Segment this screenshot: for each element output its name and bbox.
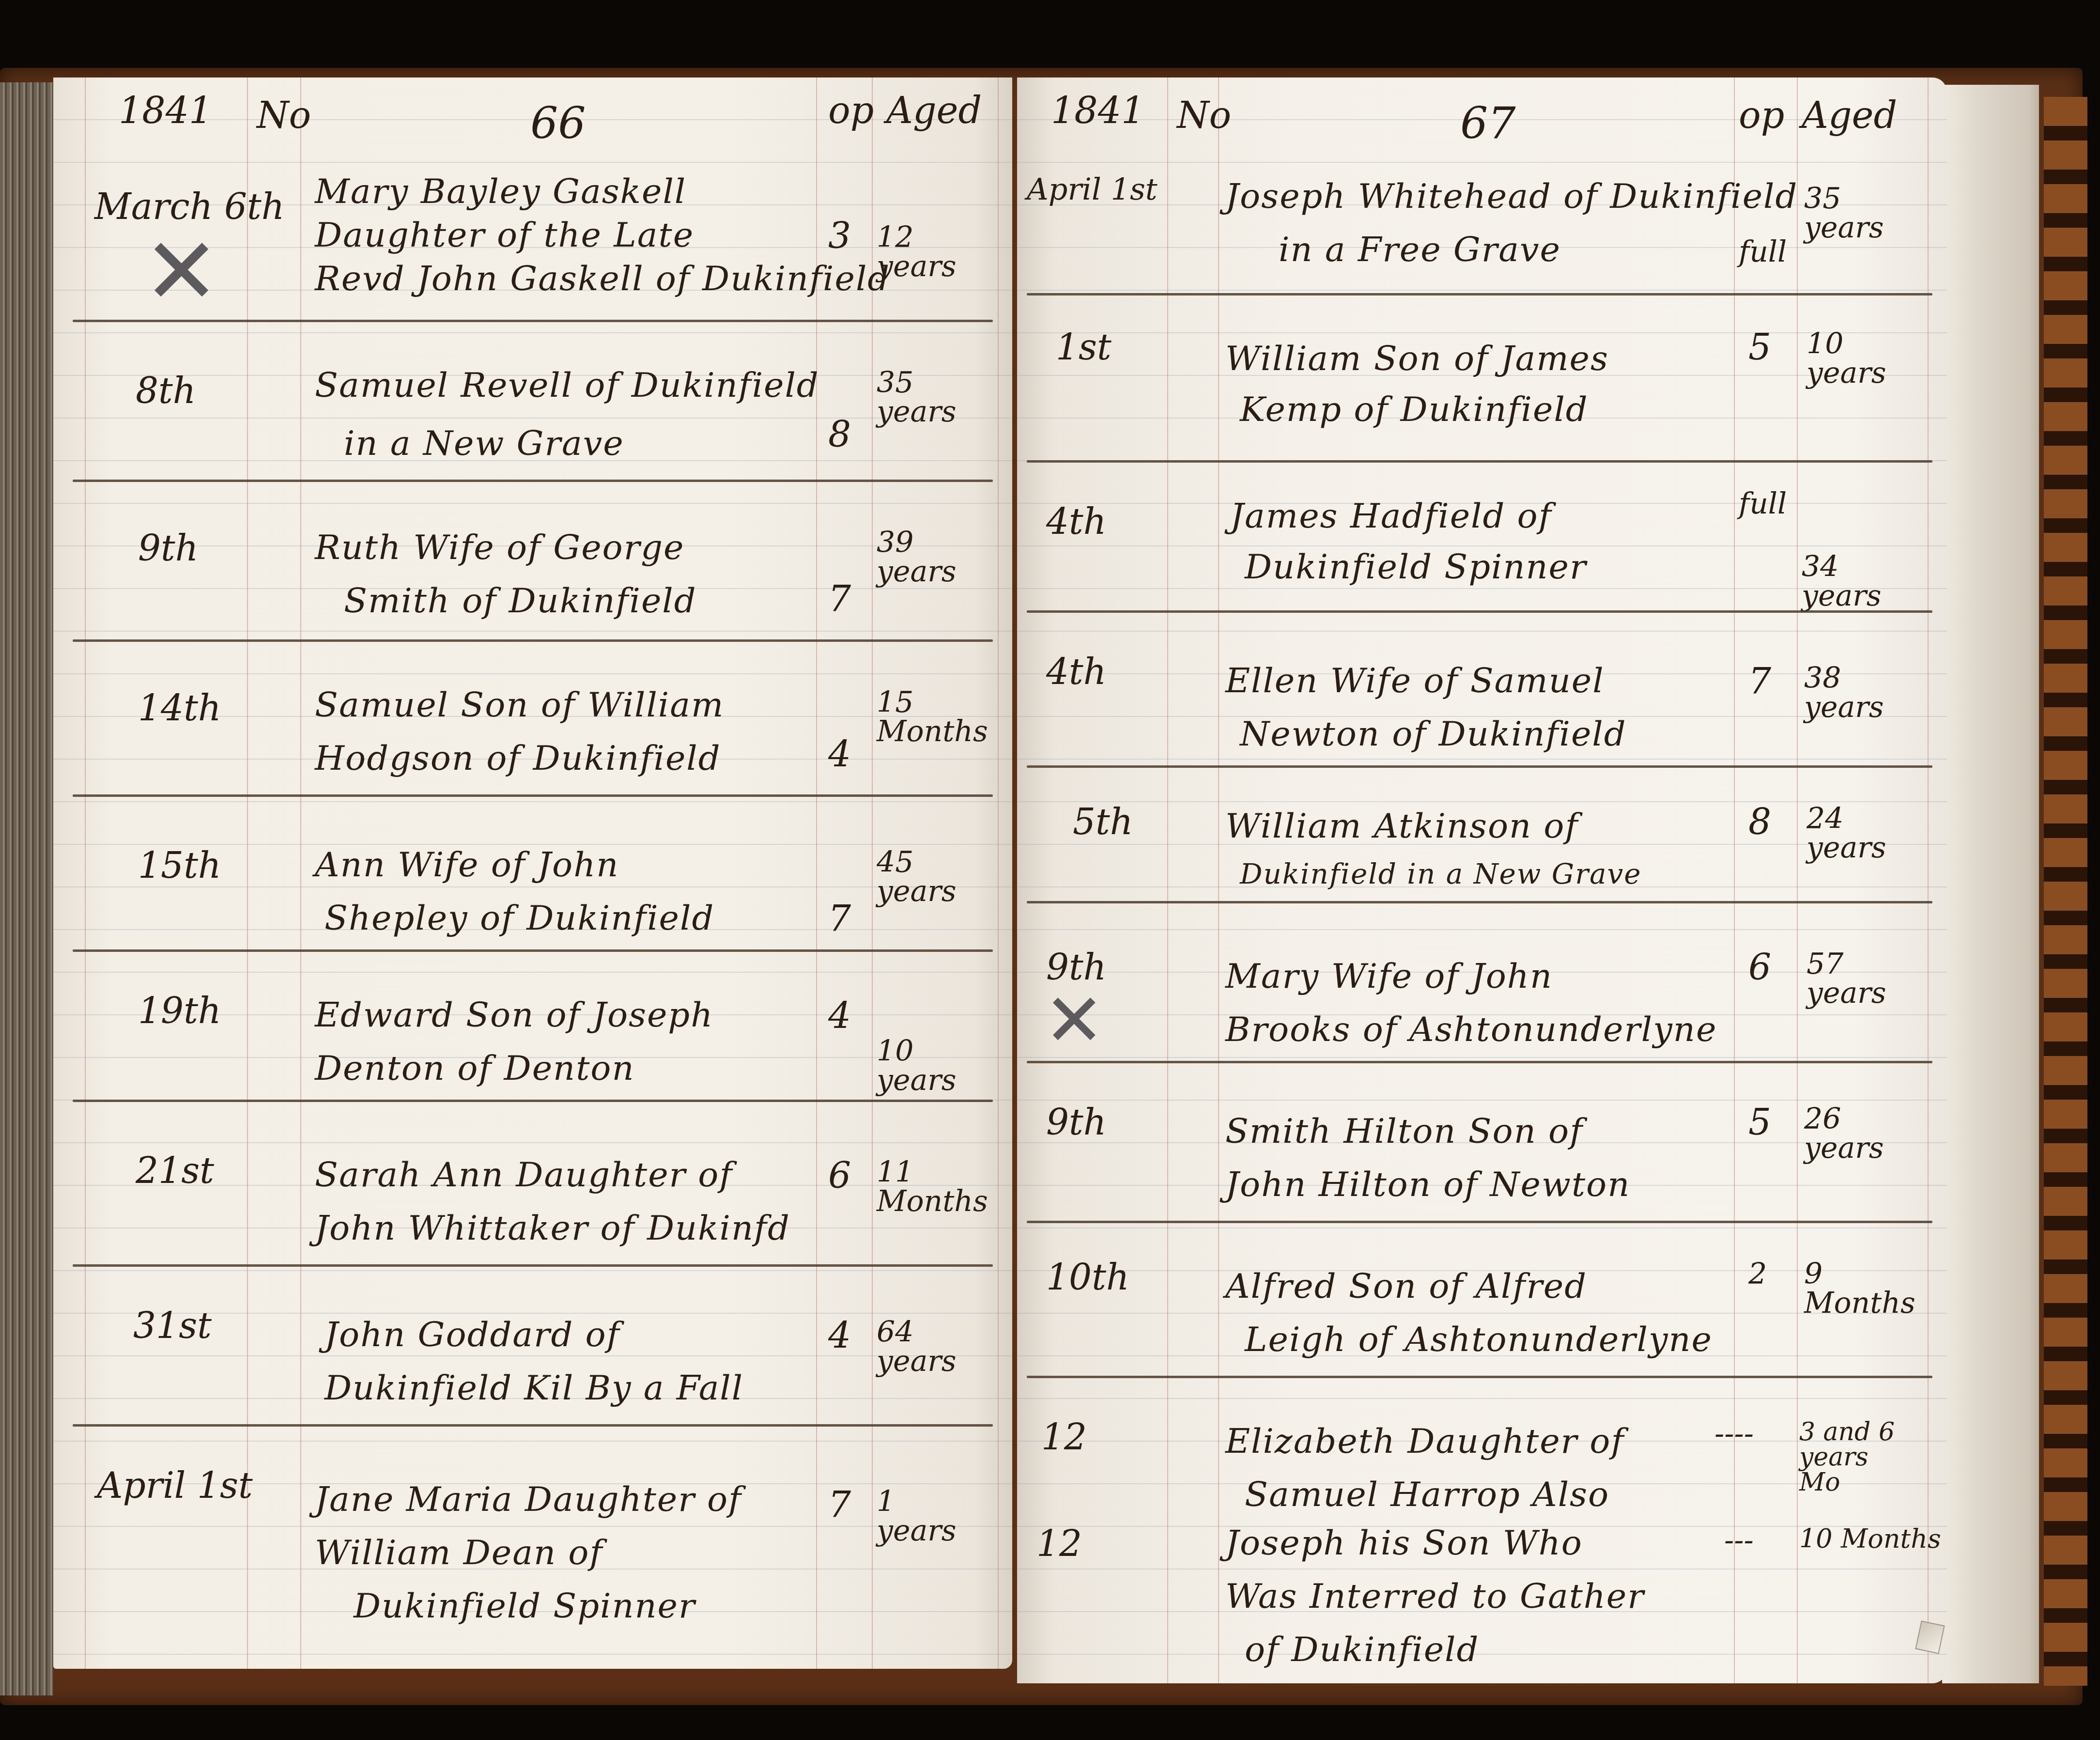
entry-grave: 2 <box>1748 1259 1767 1289</box>
entry-name-line: Alfred Son of Alfred <box>1225 1269 1587 1303</box>
entry-divider <box>73 794 993 797</box>
entry-grave: ---- <box>1714 1419 1754 1448</box>
entry-aged: 64 years <box>877 1318 949 1376</box>
entry-date: 14th <box>138 690 221 726</box>
header-aged: Aged <box>1802 97 1897 134</box>
entry-name-line: Denton of Denton <box>315 1051 635 1085</box>
entry-name-line: Joseph Whitehead of Dukinfield <box>1225 179 1798 213</box>
entry-name-line: John Whittaker of Dukinfd <box>315 1211 790 1245</box>
entry-divider <box>73 949 993 952</box>
entry-name-line: Jane Maria Daughter of <box>315 1482 742 1516</box>
entry-name-line: Ann Wife of John <box>315 848 619 882</box>
entry-divider <box>1027 765 1932 768</box>
entry-divider <box>73 1424 993 1427</box>
cross-mark-icon: ✕ <box>1044 979 1105 1063</box>
entry-grave: full <box>1739 237 1787 266</box>
entry-date: 19th <box>138 993 221 1029</box>
entry-grave: 7 <box>828 901 851 937</box>
page-number: 66 <box>530 102 586 145</box>
entry-divider <box>1027 460 1932 463</box>
entry-divider <box>1027 1061 1932 1063</box>
entry-date: 31st <box>133 1308 212 1344</box>
entry-date: 9th <box>138 530 198 566</box>
entry-date: April 1st <box>97 1468 253 1504</box>
header-grave: op <box>1739 97 1784 134</box>
entry-grave: full <box>1739 489 1787 518</box>
entry-grave: 5 <box>1748 1104 1771 1140</box>
entry-date: April 1st <box>1027 174 1158 204</box>
right-page-block-edge <box>1942 85 2039 1683</box>
entry-divider <box>1027 1221 1932 1223</box>
entry-name-line: Edward Son of Joseph <box>315 998 713 1032</box>
entry-divider <box>1027 1376 1932 1378</box>
entry-aged: 10 years <box>1807 329 1879 388</box>
entry-name-line: Dukinfield Spinner <box>354 1589 695 1623</box>
entry-divider <box>1027 293 1932 295</box>
entry-name-line: Smith Hilton Son of <box>1225 1114 1583 1148</box>
entry-name-line: Samuel Harrop Also <box>1245 1477 1609 1511</box>
column-divider-grave <box>872 78 873 1669</box>
entry-name-line: Samuel Revell of Dukinfield <box>315 368 819 402</box>
cross-mark-icon: ✕ <box>143 218 220 325</box>
entry-aged: 10 Months <box>1799 1526 1941 1552</box>
entry-name-line: William Atkinson of <box>1225 809 1578 843</box>
entry-name-line: Was Interred to Gather <box>1225 1579 1645 1613</box>
left-page: 1841 No 66 op Aged March 6th ✕ Mary Bayl… <box>53 78 1012 1669</box>
column-divider-grave <box>1797 78 1798 1683</box>
entry-divider <box>73 639 993 642</box>
column-divider-aged <box>1928 78 1929 1683</box>
entry-date: 1st <box>1056 329 1112 365</box>
entry-grave: 7 <box>828 581 851 617</box>
entry-name-line: Sarah Ann Daughter of <box>315 1158 733 1192</box>
header-aged: Aged <box>886 92 982 129</box>
header-year: 1841 <box>1051 92 1144 129</box>
entry-aged: 39 years <box>877 528 949 586</box>
entry-date: 10th <box>1046 1259 1129 1295</box>
entry-aged: 11 Months <box>877 1158 959 1216</box>
entry-name-line: William Son of James <box>1225 342 1609 375</box>
left-page-block-edge <box>0 82 53 1695</box>
column-divider-date <box>1167 78 1168 1683</box>
entry-aged: 45 years <box>877 848 949 906</box>
entry-grave: --- <box>1724 1526 1754 1555</box>
entry-date: 9th <box>1046 1104 1106 1140</box>
entry-name-line: Mary Wife of John <box>1225 959 1553 993</box>
entry-name-line: John Goddard of <box>324 1318 620 1352</box>
entry-divider <box>1027 610 1932 613</box>
entry-grave: 4 <box>828 736 851 772</box>
entry-name-line: Hodgson of Dukinfield <box>315 741 721 775</box>
column-divider-name <box>816 78 817 1669</box>
entry-grave: 8 <box>828 417 851 452</box>
column-divider-no <box>1218 78 1219 1683</box>
entry-date: 4th <box>1046 654 1106 690</box>
entry-aged: 34 years <box>1802 552 1884 610</box>
entry-name-line: of Dukinfield <box>1245 1632 1479 1666</box>
entry-aged: 12 years <box>877 223 949 281</box>
entry-name-line: Kemp of Dukinfield <box>1240 392 1589 426</box>
entry-date: 4th <box>1046 504 1106 540</box>
margin-line <box>85 78 86 1669</box>
entry-name-line: in a New Grave <box>344 426 624 460</box>
entry-aged: 3 and 6 years Mo <box>1799 1419 1896 1495</box>
entry-date: 5th <box>1073 804 1133 840</box>
entry-name-line: Mary Bayley Gaskell <box>315 174 686 208</box>
entry-aged: 10 years <box>877 1037 949 1095</box>
entry-name-line: Dukinfield Kil By a Fall <box>324 1371 743 1405</box>
entry-name-line: Shepley of Dukinfield <box>324 901 714 935</box>
entry-aged: 1 years <box>877 1487 949 1545</box>
entry-grave: 3 <box>828 218 851 254</box>
entry-aged: 15 Months <box>877 688 959 746</box>
entry-aged: 35 years <box>1804 184 1877 242</box>
entry-name-line: Ruth Wife of George <box>315 530 684 564</box>
entry-name-line: Samuel Son of William <box>315 688 724 722</box>
entry-date: 12 <box>1036 1526 1082 1562</box>
entry-date: 12 <box>1041 1419 1087 1455</box>
entry-grave: 8 <box>1748 804 1771 840</box>
entry-name-line: James Hadfield of <box>1230 499 1552 533</box>
column-divider-date <box>247 78 248 1669</box>
entry-name-line: in a Free Grave <box>1279 233 1561 266</box>
entry-name-line: Revd John Gaskell of Dukinfield <box>315 262 890 295</box>
header-no: No <box>257 97 311 134</box>
entry-name-line: Ellen Wife of Samuel <box>1225 664 1605 698</box>
entry-name-line: Smith of Dukinfield <box>344 584 697 618</box>
header-no: No <box>1177 97 1231 134</box>
entry-grave: 6 <box>828 1158 851 1194</box>
entry-grave: 5 <box>1748 329 1771 365</box>
entry-date: 8th <box>136 373 196 409</box>
entry-name-line: Dukinfield in a New Grave <box>1240 860 1642 888</box>
entry-date: 15th <box>138 848 221 884</box>
column-divider-aged <box>998 78 999 1669</box>
entry-name-line: Daughter of the Late <box>315 218 694 252</box>
entry-name-line: Brooks of Ashtonunderlyne <box>1225 1012 1717 1046</box>
leather-spine-edge <box>2044 97 2087 1686</box>
entry-divider <box>73 320 993 322</box>
entry-divider <box>1027 901 1932 903</box>
entry-name-line: Joseph his Son Who <box>1225 1526 1583 1560</box>
entry-aged: 57 years <box>1807 949 1879 1008</box>
entry-name-line: Elizabeth Daughter of <box>1225 1424 1624 1458</box>
header-year: 1841 <box>119 92 212 129</box>
header-grave: op <box>828 92 874 129</box>
entry-name-line: William Dean of <box>315 1536 603 1569</box>
entry-grave: 4 <box>828 1318 851 1353</box>
entry-name-line: Dukinfield Spinner <box>1245 550 1587 584</box>
entry-grave: 7 <box>828 1487 851 1523</box>
entry-grave: 7 <box>1748 664 1771 699</box>
entry-aged: 38 years <box>1804 664 1877 722</box>
entry-grave: 6 <box>1748 949 1771 985</box>
entry-grave: 4 <box>828 998 851 1034</box>
page-number: 67 <box>1460 102 1516 145</box>
entry-date: 21st <box>136 1153 214 1189</box>
right-page: 1841 No 67 op Aged April 1st Joseph Whit… <box>1017 78 1947 1683</box>
entry-aged: 26 years <box>1804 1104 1877 1163</box>
entry-divider <box>73 1264 993 1267</box>
entry-name-line: Leigh of Ashtonunderlyne <box>1245 1322 1713 1356</box>
entry-aged: 35 years <box>877 368 949 426</box>
entry-divider <box>73 480 993 482</box>
column-divider-no <box>300 78 301 1669</box>
entry-aged: 9 Months <box>1804 1259 1901 1318</box>
entry-aged: 24 years <box>1807 804 1879 862</box>
entry-name-line: Newton of Dukinfield <box>1240 717 1627 751</box>
entry-divider <box>73 1100 993 1102</box>
entry-name-line: John Hilton of Newton <box>1225 1167 1630 1201</box>
